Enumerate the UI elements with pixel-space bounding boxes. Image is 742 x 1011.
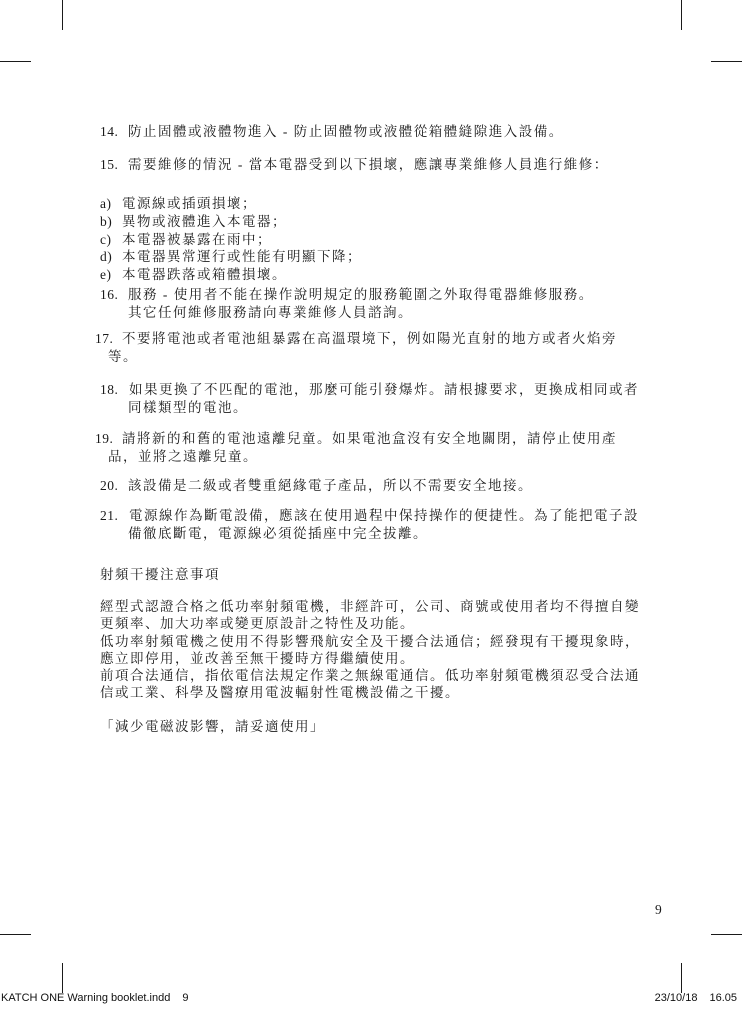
crop-mark-top-right-vertical	[681, 0, 682, 30]
rf-section-paragraphs: 經型式認證合格之低功率射頻電機，非經許可，公司、商號或使用者均不得擅自變 更頻率…	[100, 598, 640, 702]
rf-section-title: 射頻干擾注意事項	[100, 566, 220, 584]
rf-paragraph-line: 應立即停用，並改善至無干擾時方得繼續使用。	[100, 650, 640, 667]
list-item-text: 不要將電池或者電池組暴露在高溫環境下，例如陽光直射的地方或者火焰旁	[122, 330, 617, 348]
sub-item-text: 本電器異常運行或性能有明顯下降；	[122, 248, 362, 266]
crop-mark-bottom-right-horizontal	[711, 934, 742, 935]
page-number: 9	[655, 901, 662, 918]
list-item-text: 同樣類型的電池。	[128, 399, 639, 417]
footer-time: 16.05	[709, 992, 737, 1004]
list-item-text: 備徹底斷電，電源線必須從插座中完全拔離。	[128, 525, 639, 543]
list-item-text: 品，並將之遠離兒童。	[108, 448, 617, 466]
list-item-number: 20.	[100, 477, 118, 495]
footer-page-ref: 9	[182, 992, 188, 1004]
sub-item-letter: b)	[100, 213, 112, 231]
sub-item-text: 異物或液體進入本電器；	[122, 213, 287, 231]
rf-paragraph-line: 信或工業、科學及醫療用電波輻射性電機設備之干擾。	[100, 684, 640, 701]
crop-mark-top-right-horizontal	[711, 61, 742, 62]
rf-paragraph-line: 低功率射頻電機之使用不得影響飛航安全及干擾合法通信；經發現有干擾現象時，	[100, 633, 640, 650]
list-item-text: 請將新的和舊的電池遠離兒童。如果電池盒沒有安全地關閉，請停止使用產	[122, 430, 617, 448]
crop-mark-bottom-right-vertical	[681, 963, 682, 993]
list-item-text: 其它任何維修服務請向專業維修人員諮詢。	[128, 304, 594, 322]
crop-mark-top-left-vertical	[62, 0, 63, 30]
list-item-text: 該設備是二級或者雙重絕緣電子產品，所以不需要安全地接。	[128, 477, 533, 495]
list-item-17: 17. 不要將電池或者電池組暴露在高溫環境下，例如陽光直射的地方或者火焰旁 等。	[95, 330, 617, 365]
list-item-15: 15. 需要維修的情況 - 當本電器受到以下損壞，應讓專業維修人員進行維修：	[100, 156, 609, 174]
list-item-19: 19. 請將新的和舊的電池遠離兒童。如果電池盒沒有安全地關閉，請停止使用產 品，…	[95, 430, 617, 465]
list-item-text: 防止固體或液體物進入 - 防止固體物或液體從箱體縫隙進入設備。	[128, 123, 564, 141]
list-item-text: 服務 - 使用者不能在操作說明規定的服務範圍之外取得電器維修服務。	[128, 286, 594, 304]
sub-item-letter: e)	[100, 266, 112, 284]
sub-item-e: e) 本電器跌落或箱體損壞。	[100, 266, 287, 284]
list-item-number: 14.	[100, 123, 118, 141]
sub-item-letter: c)	[100, 231, 112, 249]
sub-item-text: 本電器被暴露在雨中；	[122, 231, 272, 249]
sub-item-b: b) 異物或液體進入本電器；	[100, 213, 287, 231]
rf-paragraph-line: 更頻率、加大功率或變更原設計之特性及功能。	[100, 615, 640, 632]
list-item-21: 21. 電源線作為斷電設備，應該在使用過程中保持操作的便捷性。為了能把電子設 備…	[100, 507, 639, 542]
footer-slug-right: 23/10/1816.05	[655, 992, 737, 1005]
sub-item-c: c) 本電器被暴露在雨中；	[100, 231, 272, 249]
sub-item-d: d) 本電器異常運行或性能有明顯下降；	[100, 248, 362, 266]
sub-item-text: 電源線或插頭損壞；	[122, 195, 257, 213]
list-item-number: 15.	[100, 156, 118, 174]
list-item-number: 18.	[100, 381, 118, 399]
list-item-text: 等。	[108, 348, 617, 366]
rf-section-quote: 「減少電磁波影響，請妥適使用」	[100, 718, 325, 736]
crop-mark-bottom-left-vertical	[62, 963, 63, 993]
footer-filename: KATCH ONE Warning booklet.indd	[1, 992, 170, 1004]
sub-item-a: a) 電源線或插頭損壞；	[100, 195, 257, 213]
sub-item-letter: a)	[100, 195, 112, 213]
footer-slug-left: KATCH ONE Warning booklet.indd9	[1, 992, 188, 1005]
list-item-number: 16.	[100, 286, 118, 304]
sub-item-letter: d)	[100, 248, 112, 266]
list-item-text: 需要維修的情況 - 當本電器受到以下損壞，應讓專業維修人員進行維修：	[128, 156, 609, 174]
list-item-14: 14. 防止固體或液體物進入 - 防止固體物或液體從箱體縫隙進入設備。	[100, 123, 564, 141]
crop-mark-bottom-left-horizontal	[0, 934, 31, 935]
list-item-number: 21.	[100, 507, 118, 525]
list-item-text: 電源線作為斷電設備，應該在使用過程中保持操作的便捷性。為了能把電子設	[129, 507, 639, 525]
list-item-number: 19.	[95, 430, 113, 448]
list-item-number: 17.	[95, 330, 113, 348]
booklet-page: { "safety_items": [ { "num": "14.", "lin…	[0, 0, 742, 1011]
list-item-text: 如果更換了不匹配的電池，那麼可能引發爆炸。請根據要求，更換成相同或者	[129, 381, 639, 399]
list-item-18: 18. 如果更換了不匹配的電池，那麼可能引發爆炸。請根據要求，更換成相同或者 同…	[100, 381, 639, 416]
crop-mark-top-left-horizontal	[0, 61, 31, 62]
rf-paragraph-line: 前項合法通信，指依電信法規定作業之無線電通信。低功率射頻電機須忍受合法通	[100, 667, 640, 684]
sub-item-text: 本電器跌落或箱體損壞。	[122, 266, 287, 284]
list-item-16: 16. 服務 - 使用者不能在操作說明規定的服務範圍之外取得電器維修服務。 其它…	[100, 286, 594, 321]
footer-date: 23/10/18	[655, 992, 698, 1004]
rf-paragraph-line: 經型式認證合格之低功率射頻電機，非經許可，公司、商號或使用者均不得擅自變	[100, 598, 640, 615]
list-item-20: 20. 該設備是二級或者雙重絕緣電子產品，所以不需要安全地接。	[100, 477, 533, 495]
